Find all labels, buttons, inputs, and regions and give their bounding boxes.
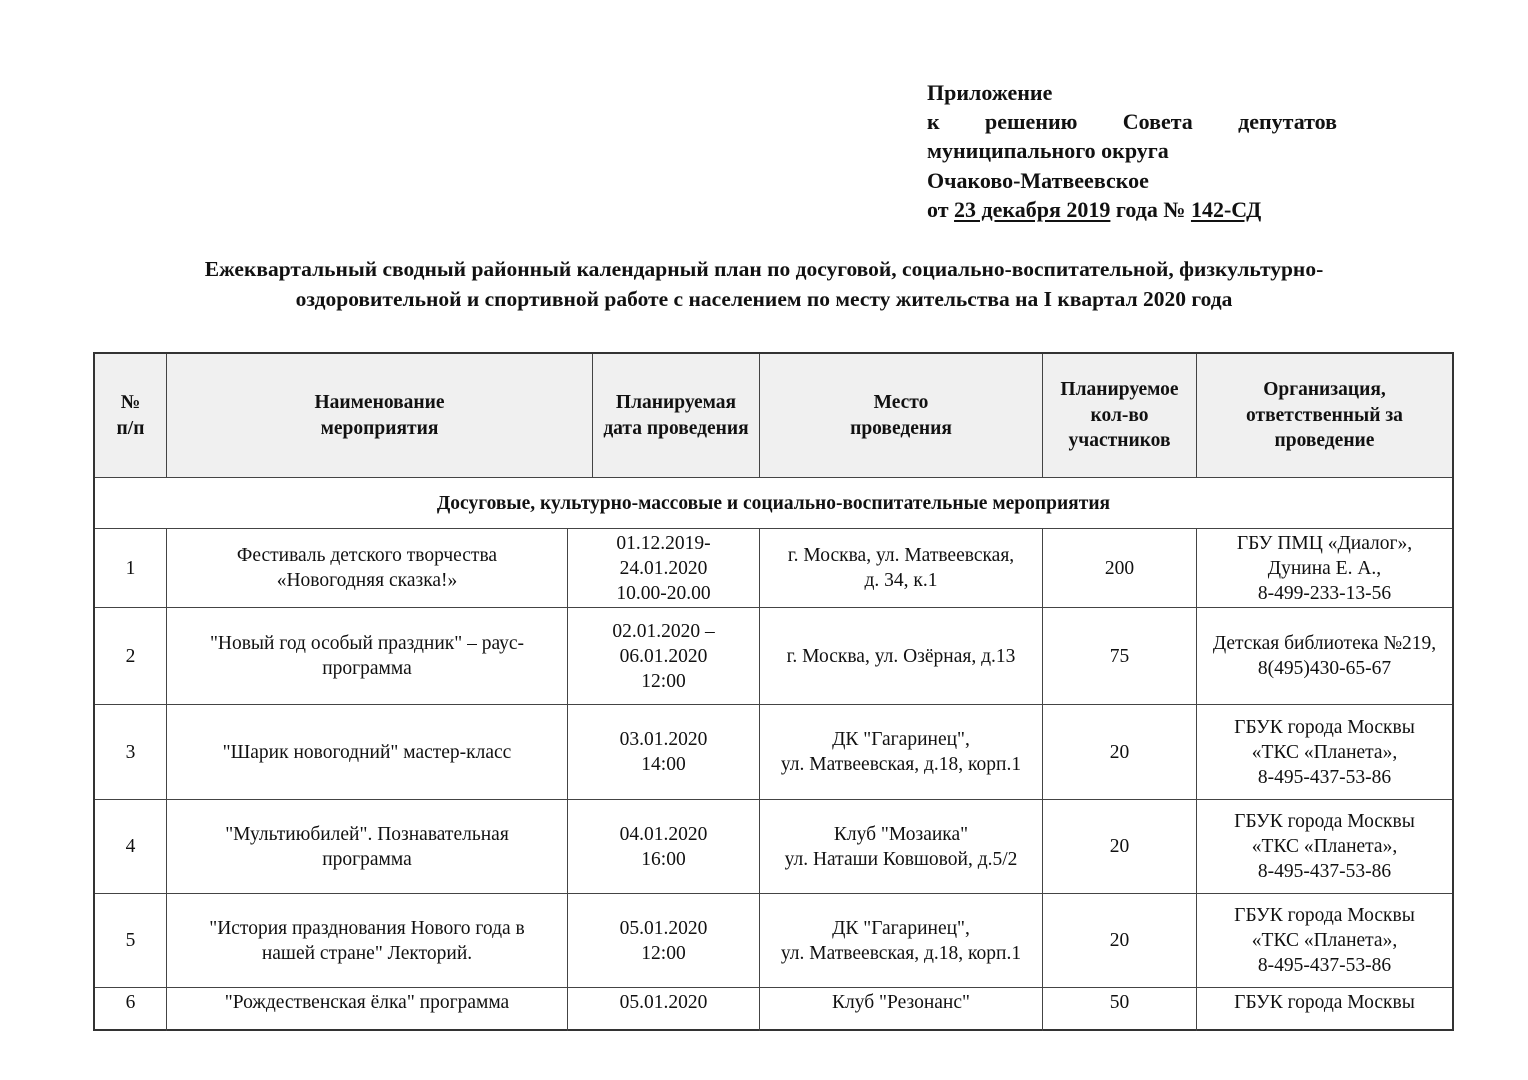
header-num: № п/п: [95, 354, 166, 477]
appendix-district-line: муниципального округа: [927, 136, 1337, 165]
cell-org: ГБУК города Москвы«ТКС «Планета»,8-495-4…: [1196, 800, 1452, 893]
cell-date: 03.01.202014:00: [567, 705, 759, 799]
cell-org: ГБУК города Москвы«ТКС «Планета»,8-495-4…: [1196, 894, 1452, 987]
cell-num: 4: [95, 800, 166, 893]
cell-place: Клуб "Мозаика"ул. Наташи Ковшовой, д.5/2: [759, 800, 1042, 893]
cell-date: 04.01.202016:00: [567, 800, 759, 893]
cell-count: 200: [1042, 529, 1196, 607]
decision-number: 142-СД: [1191, 197, 1261, 222]
table-row: 5"История празднования Нового года внаше…: [95, 894, 1452, 988]
table-row: 1Фестиваль детского творчества«Новогодня…: [95, 529, 1452, 608]
cell-date: 05.01.2020: [567, 988, 759, 1031]
table-row: 6"Рождественская ёлка" программа05.01.20…: [95, 988, 1452, 1031]
cell-org: ГБУ ПМЦ «Диалог»,Дунина Е. А.,8-499-233-…: [1196, 529, 1452, 607]
cell-num: 6: [95, 988, 166, 1031]
events-table: № п/п Наименование мероприятия Планируем…: [93, 352, 1454, 1031]
cell-num: 3: [95, 705, 166, 799]
cell-org: Детская библиотека №219,8(495)430-65-67: [1196, 608, 1452, 704]
table-row: 3"Шарик новогодний" мастер-класс03.01.20…: [95, 705, 1452, 800]
appendix-date-line: от 23 декабря 2019 года № 142-СД: [927, 195, 1337, 224]
cell-name: "Новый год особый праздник" – раус-прогр…: [166, 608, 567, 704]
table-row: 4"Мультиюбилей". Познавательнаяпрограмма…: [95, 800, 1452, 894]
section-row: Досуговые, культурно-массовые и социальн…: [95, 478, 1452, 529]
cell-place: г. Москва, ул. Озёрная, д.13: [759, 608, 1042, 704]
cell-date: 02.01.2020 –06.01.202012:00: [567, 608, 759, 704]
cell-place: ДК "Гагаринец",ул. Матвеевская, д.18, ко…: [759, 894, 1042, 987]
cell-date: 01.12.2019-24.01.202010.00-20.00: [567, 529, 759, 607]
cell-count: 20: [1042, 705, 1196, 799]
cell-name: "История празднования Нового года внашей…: [166, 894, 567, 987]
cell-org: ГБУК города Москвы«ТКС «Планета»,8-495-4…: [1196, 705, 1452, 799]
cell-num: 2: [95, 608, 166, 704]
cell-place: г. Москва, ул. Матвеевская,д. 34, к.1: [759, 529, 1042, 607]
section-title: Досуговые, культурно-массовые и социальн…: [95, 478, 1452, 528]
cell-count: 20: [1042, 894, 1196, 987]
cell-count: 50: [1042, 988, 1196, 1031]
cell-count: 75: [1042, 608, 1196, 704]
cell-count: 20: [1042, 800, 1196, 893]
document-title: Ежеквартальный сводный районный календар…: [60, 254, 1468, 314]
appendix-title: Приложение: [927, 78, 1337, 107]
header-name: Наименование мероприятия: [166, 354, 592, 477]
cell-name: "Мультиюбилей". Познавательнаяпрограмма: [166, 800, 567, 893]
cell-name: Фестиваль детского творчества«Новогодняя…: [166, 529, 567, 607]
cell-org: ГБУК города Москвы: [1196, 988, 1452, 1031]
header-place: Место проведения: [759, 354, 1042, 477]
cell-num: 5: [95, 894, 166, 987]
cell-name: "Рождественская ёлка" программа: [166, 988, 567, 1031]
decision-date: 23 декабря 2019: [954, 197, 1110, 222]
header-org: Организация, ответственный за проведение: [1196, 354, 1452, 477]
cell-place: ДК "Гагаринец",ул. Матвеевская, д.18, ко…: [759, 705, 1042, 799]
header-date: Планируемая дата проведения: [592, 354, 759, 477]
appendix-decision-line: к решению Совета депутатов: [927, 107, 1337, 136]
appendix-district-name: Очаково-Матвеевское: [927, 166, 1337, 195]
cell-date: 05.01.202012:00: [567, 894, 759, 987]
table-row: 2"Новый год особый праздник" – раус-прог…: [95, 608, 1452, 705]
cell-num: 1: [95, 529, 166, 607]
cell-place: Клуб "Резонанс": [759, 988, 1042, 1031]
cell-name: "Шарик новогодний" мастер-класс: [166, 705, 567, 799]
header-count: Планируемое кол-во участников: [1042, 354, 1196, 477]
appendix-block: Приложение к решению Совета депутатов му…: [927, 78, 1337, 224]
table-header-row: № п/п Наименование мероприятия Планируем…: [95, 354, 1452, 478]
